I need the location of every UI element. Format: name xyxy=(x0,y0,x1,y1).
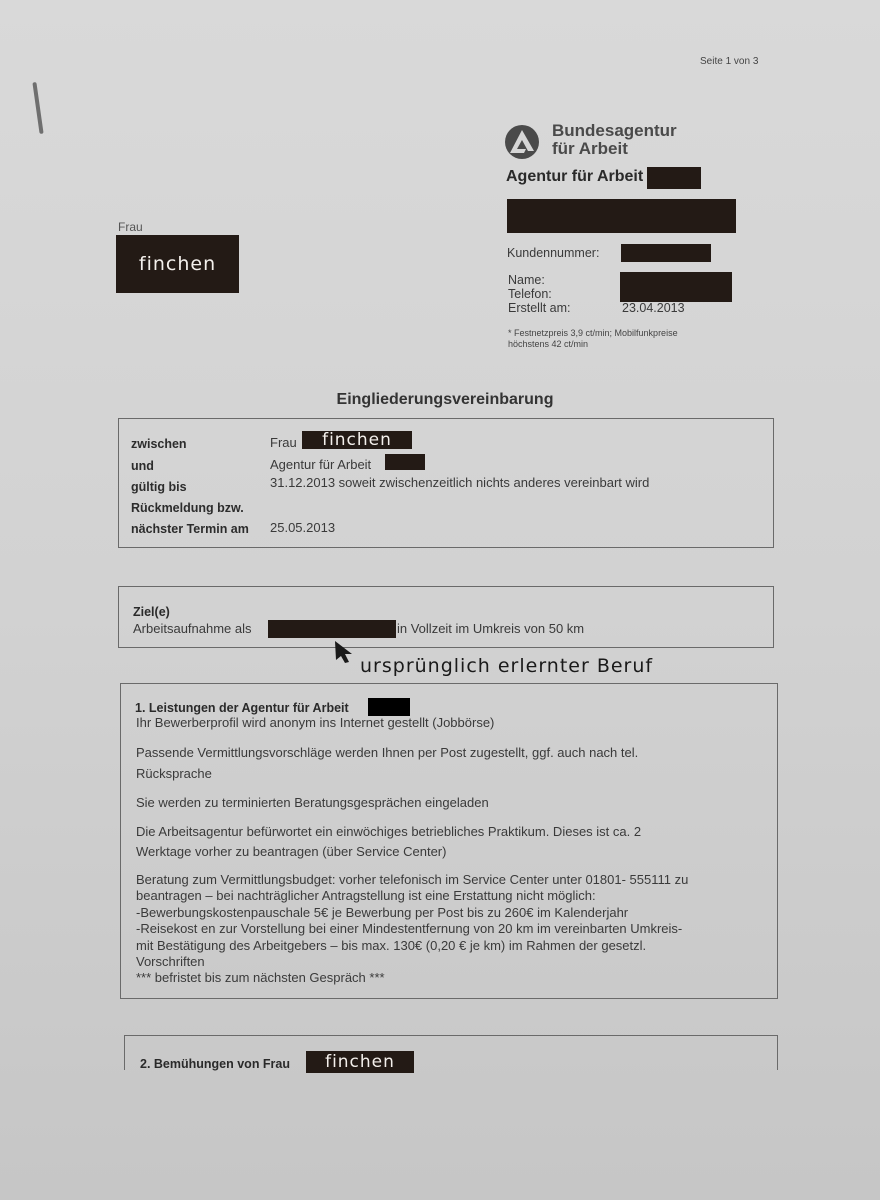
recipient-salutation: Frau xyxy=(118,220,143,234)
redaction-agency-location xyxy=(647,167,701,189)
price-footnote: * Festnetzpreis 3,9 ct/min; Mobilfunkpre… xyxy=(508,328,678,350)
goals-box: Ziel(e) Arbeitsaufnahme als in Vollzeit … xyxy=(118,586,774,648)
section1-para-counseling: Sie werden zu terminierten Beratungsgesp… xyxy=(136,795,489,811)
section1-para-budget-5: mit Bestätigung des Arbeitgebers – bis m… xyxy=(136,938,646,954)
redaction-address xyxy=(507,199,736,233)
agency-name: Agentur für Arbeit xyxy=(506,168,643,186)
redaction-agency-location-2 xyxy=(385,454,425,470)
brand-name: Bundesagentur für Arbeit xyxy=(552,122,677,158)
customer-number-label: Kundennummer: xyxy=(507,247,599,260)
goals-text-after: in Vollzeit im Umkreis von 50 km xyxy=(397,621,584,636)
party-name-redaction: finchen xyxy=(302,431,412,449)
parties-box: zwischen Frau finchen und Agentur für Ar… xyxy=(118,418,774,548)
redaction-agency-location-3 xyxy=(368,698,410,716)
row-label-valid-until: gültig bis xyxy=(131,480,187,494)
section1-para-limited: *** befristet bis zum nächsten Gespräch … xyxy=(136,970,385,986)
section1-para-internship: Die Arbeitsagentur befürwortet ein einwö… xyxy=(136,824,641,840)
redaction-customer-number xyxy=(621,244,711,262)
row-label-between: zwischen xyxy=(131,437,187,451)
section1-para-budget-2: beantragen – bei nachträglicher Antragst… xyxy=(136,888,596,904)
section2-name-redaction: finchen xyxy=(306,1051,414,1073)
created-date: 23.04.2013 xyxy=(622,302,685,315)
row-label-next-appointment: nächster Termin am xyxy=(131,522,249,536)
goals-text-before: Arbeitsaufnahme als xyxy=(133,621,252,636)
row-label-feedback: Rückmeldung bzw. xyxy=(131,501,244,515)
bundesagentur-logo-icon xyxy=(504,124,540,160)
section1-para-budget-1: Beratung zum Vermittlungsbudget: vorher … xyxy=(136,872,688,888)
row-value-next-appointment: 25.05.2013 xyxy=(270,520,335,535)
row-value-valid-until: 31.12.2013 soweit zwischenzeitlich nicht… xyxy=(270,475,649,490)
section2-heading: 2. Bemühungen von Frau xyxy=(140,1057,290,1071)
section1-para-proposals-cont: Rücksprache xyxy=(136,766,212,782)
phone-label: Telefon: xyxy=(508,288,552,301)
pen-mark xyxy=(32,82,43,134)
section1-para-proposals: Passende Vermittlungsvorschläge werden I… xyxy=(136,745,638,761)
section1-para-budget-4: -Reisekost en zur Vorstellung bei einer … xyxy=(136,921,682,937)
handwritten-annotation: ursprünglich erlernter Beruf xyxy=(360,655,653,677)
recipient-name-redaction: finchen xyxy=(116,235,239,293)
created-label: Erstellt am: xyxy=(508,302,571,315)
row-label-and: und xyxy=(131,459,154,473)
section1-para-budget-6: Vorschriften xyxy=(136,954,205,970)
section1-para-profile: Ihr Bewerberprofil wird anonym ins Inter… xyxy=(136,715,494,731)
row-value-between: Frau xyxy=(270,435,297,450)
redaction-name-phone xyxy=(620,272,732,302)
page-number: Seite 1 von 3 xyxy=(700,56,758,67)
section1-para-budget-3: -Bewerbungskostenpauschale 5€ je Bewerbu… xyxy=(136,905,628,921)
section1-para-internship-cont: Werktage vorher zu beantragen (über Serv… xyxy=(136,844,446,860)
redaction-occupation xyxy=(268,620,396,638)
cursor-arrow-icon xyxy=(333,640,355,664)
name-label: Name: xyxy=(508,274,545,287)
document-title: Eingliederungsvereinbarung xyxy=(0,391,880,409)
section1-heading: 1. Leistungen der Agentur für Arbeit xyxy=(135,701,349,715)
goals-heading: Ziel(e) xyxy=(133,605,170,619)
row-value-and: Agentur für Arbeit xyxy=(270,457,371,472)
